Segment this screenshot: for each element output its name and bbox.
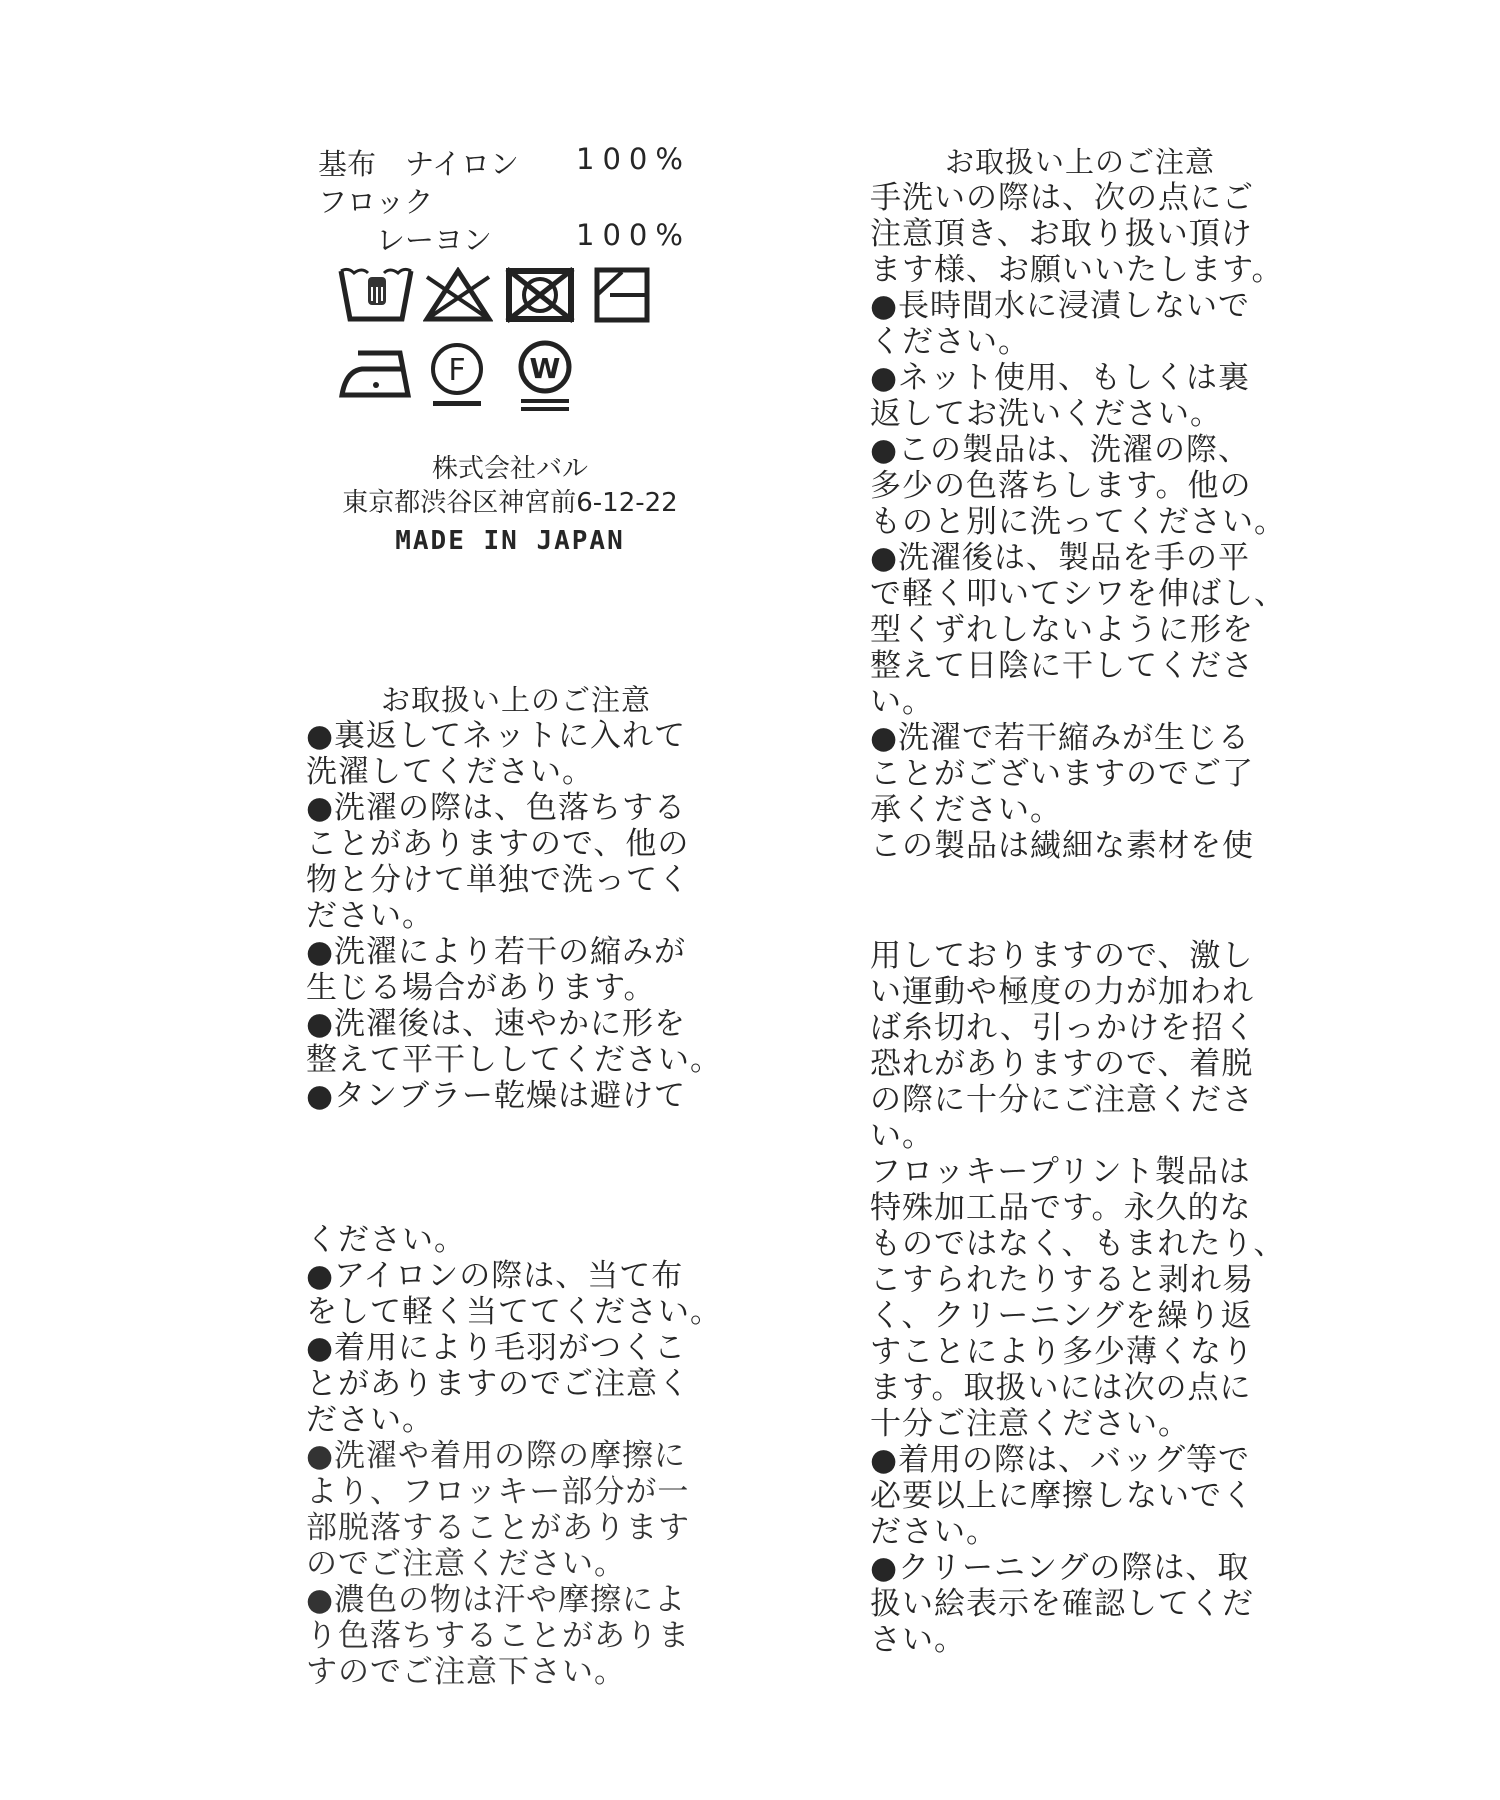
note-line: ●洗濯後は、速やかに形を — [306, 1006, 726, 1042]
company-address: 東京都渋谷区神宮前6-12-22 — [300, 486, 720, 520]
note-line: 恐れがありますので、着脱 — [870, 1046, 1290, 1082]
note-line: ください。 — [306, 1222, 726, 1258]
note-line: ●洗濯で若干縮みが生じる — [870, 720, 1290, 756]
note-line: ます。取扱いには次の点に — [870, 1370, 1290, 1406]
note-line: 部脱落することがあります — [306, 1510, 726, 1546]
note-line: ことがありますので、他の — [306, 826, 726, 862]
note-line: より、フロッキー部分が一 — [306, 1474, 726, 1510]
note-line: 特殊加工品です。永久的な — [870, 1190, 1290, 1226]
note-line: 物と分けて単独で洗ってく — [306, 862, 726, 898]
note-line: ださい。 — [306, 898, 726, 934]
note-line: 手洗いの際は、次の点にご — [870, 180, 1290, 216]
company-name: 株式会社バル — [300, 452, 720, 486]
country-of-origin: MADE IN JAPAN — [300, 520, 720, 562]
note-line: ものと別に洗ってください。 — [870, 504, 1290, 540]
note-line: ●洗濯や着用の際の摩擦に — [306, 1438, 726, 1474]
note-line: 十分ご注意ください。 — [870, 1406, 1290, 1442]
note-line: すのでご注意下さい。 — [306, 1654, 726, 1690]
company-info: 株式会社バル 東京都渋谷区神宮前6-12-22 MADE IN JAPAN — [300, 452, 720, 562]
dry-clean-f-mild-icon: F — [427, 341, 487, 411]
iron-low-temp-icon — [338, 347, 414, 399]
care-notes-right-part2: 用しておりますので、激し い運動や極度の力が加われ ば糸切れ、引っかけを招く 恐… — [870, 938, 1290, 1658]
note-line: ださい。 — [870, 1514, 1290, 1550]
note-line: すことにより多少薄くなり — [870, 1334, 1290, 1370]
no-tumble-dry-icon — [505, 267, 575, 323]
note-line: で軽く叩いてシワを伸ばし、 — [870, 576, 1290, 612]
note-line: い。 — [870, 1118, 1290, 1154]
note-line: ●着用の際は、バッグ等で — [870, 1442, 1290, 1478]
note-line: ●裏返してネットに入れて — [306, 718, 726, 754]
note-line: さい。 — [870, 1622, 1290, 1658]
note-line: ●長時間水に浸漬しないで — [870, 288, 1290, 324]
note-line: 整えて平干ししてください。 — [306, 1042, 726, 1078]
note-line: ●ネット使用、もしくは裏 — [870, 360, 1290, 396]
material-name: レーヨン — [318, 218, 492, 259]
care-notes-right-part1: お取扱い上のご注意 手洗いの際は、次の点にご 注意頂き、お取り扱い頂け ます様、… — [870, 144, 1290, 864]
care-notes-heading: お取扱い上のご注意 — [306, 682, 726, 718]
note-line: ●アイロンの際は、当て布 — [306, 1258, 726, 1294]
note-line: ものではなく、もまれたり、 — [870, 1226, 1290, 1262]
svg-text:F: F — [448, 353, 465, 388]
note-line: ます様、お願いいたします。 — [870, 252, 1290, 288]
note-line: のでご注意ください。 — [306, 1546, 726, 1582]
svg-text:W: W — [530, 352, 561, 385]
material-percent: 100% — [576, 142, 691, 176]
note-line: の際に十分にご注意くださ — [870, 1082, 1290, 1118]
hand-wash-tub-icon — [338, 265, 414, 323]
no-bleach-icon — [423, 267, 493, 323]
note-line: この製品は繊細な素材を使 — [870, 828, 1290, 864]
composition-row: フロック — [318, 180, 718, 218]
note-line: 用しておりますので、激し — [870, 938, 1290, 974]
note-line: 承ください。 — [870, 792, 1290, 828]
note-line: ●タンブラー乾燥は避けて — [306, 1078, 726, 1114]
material-name: 基布 ナイロン — [318, 142, 519, 183]
care-notes-heading: お取扱い上のご注意 — [870, 144, 1290, 180]
note-line: 注意頂き、お取り扱い頂け — [870, 216, 1290, 252]
note-line: 型くずれしないように形を — [870, 612, 1290, 648]
care-notes-left-part2: ください。 ●アイロンの際は、当て布 をして軽く当ててください。 ●着用により毛… — [306, 1222, 726, 1690]
note-line: 生じる場合があります。 — [306, 970, 726, 1006]
note-line: い。 — [870, 684, 1290, 720]
note-line: ●この製品は、洗濯の際、 — [870, 432, 1290, 468]
note-line: ●着用により毛羽がつくこ — [306, 1330, 726, 1366]
fiber-composition: 基布 ナイロン 100% フロック レーヨン 100% — [318, 142, 718, 256]
note-line: フロッキープリント製品は — [870, 1154, 1290, 1190]
line-dry-shade-icon — [594, 267, 650, 323]
note-line: とがありますのでご注意く — [306, 1366, 726, 1402]
note-line: をして軽く当ててください。 — [306, 1294, 726, 1330]
note-line: こすられたりすると剥れ易 — [870, 1262, 1290, 1298]
note-line: 返してお洗いください。 — [870, 396, 1290, 432]
note-line: ●洗濯後は、製品を手の平 — [870, 540, 1290, 576]
material-percent: 100% — [576, 218, 691, 252]
note-line: く、クリーニングを繰り返 — [870, 1298, 1290, 1334]
note-line: ●濃色の物は汗や摩擦によ — [306, 1582, 726, 1618]
note-line: ください。 — [870, 324, 1290, 360]
note-line: 必要以上に摩擦しないでく — [870, 1478, 1290, 1514]
note-line: ●クリーニングの際は、取 — [870, 1550, 1290, 1586]
note-line: ことがございますのでご了 — [870, 756, 1290, 792]
note-line: い運動や極度の力が加われ — [870, 974, 1290, 1010]
note-line: 扱い絵表示を確認してくだ — [870, 1586, 1290, 1622]
note-line: ださい。 — [306, 1402, 726, 1438]
note-line: 多少の色落ちします。他の — [870, 468, 1290, 504]
note-line: 整えて日陰に干してくださ — [870, 648, 1290, 684]
material-name: フロック — [318, 180, 433, 221]
note-line: ●洗濯の際は、色落ちする — [306, 790, 726, 826]
note-line: り色落ちすることがありま — [306, 1618, 726, 1654]
composition-row: 基布 ナイロン 100% — [318, 142, 718, 180]
care-symbols: F W — [338, 265, 668, 425]
wet-clean-w-very-mild-icon: W — [513, 337, 577, 417]
note-line: ば糸切れ、引っかけを招く — [870, 1010, 1290, 1046]
care-notes-left-part1: お取扱い上のご注意 ●裏返してネットに入れて 洗濯してください。 ●洗濯の際は、… — [306, 682, 726, 1114]
note-line: ●洗濯により若干の縮みが — [306, 934, 726, 970]
composition-row: レーヨン 100% — [318, 218, 718, 256]
note-line: 洗濯してください。 — [306, 754, 726, 790]
